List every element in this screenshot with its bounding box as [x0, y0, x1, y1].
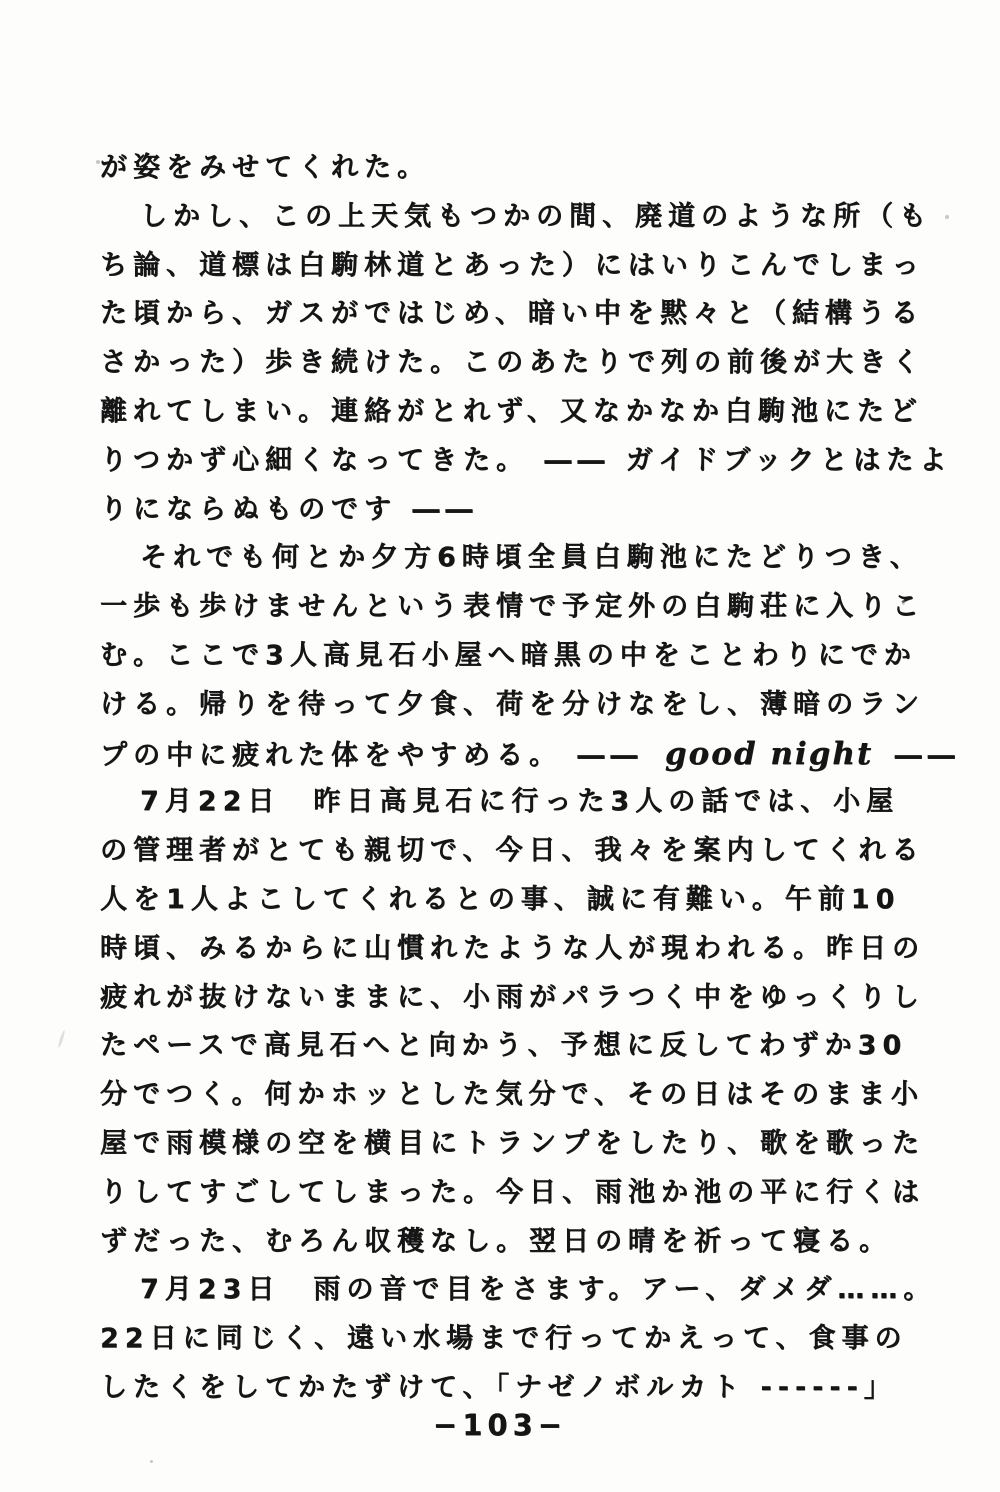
scan-speck	[945, 215, 949, 219]
text-line: た頃から、ガスがではじめ、暗い中を黙々と（結構うる	[100, 290, 930, 339]
scan-smudge	[57, 1030, 65, 1048]
text-line: しかし、この上天気もつかの間、廃道のような所（も	[100, 193, 930, 242]
text-line: の管理者がとても親切で、今日、我々を案内してくれる	[100, 827, 930, 876]
text-line: 7月22日 昨日高見石に行った3人の話では、小屋	[100, 778, 930, 827]
text-line: 7月23日 雨の音で目をさます。アー、ダメダ……。	[100, 1266, 930, 1315]
text-line: さかった）歩き続けた。このあたりで列の前後が大きく	[100, 339, 930, 388]
text-line: ずだった、むろん収穫なし。翌日の晴を祈って寝る。	[100, 1218, 930, 1267]
goodnight-before: プの中に疲れた体をやすめる。 ――	[100, 740, 643, 771]
text-line: 一歩も歩けませんという表情で予定外の白駒荘に入りこ	[100, 583, 930, 632]
text-line: 22日に同じく、遠い水場まで行ってかえって、食事の	[100, 1315, 930, 1364]
scan-speck	[150, 1460, 153, 1463]
text-line: ける。帰りを待って夕食、荷を分けなをし、薄暗のラン	[100, 681, 930, 730]
text-line: 離れてしまい。連絡がとれず、又なかなか白駒池にたど	[100, 388, 930, 437]
goodnight-english-script: good night	[659, 736, 879, 772]
scanned-page: が姿をみせてくれた。 しかし、この上天気もつかの間、廃道のような所（も ち論、道…	[0, 0, 1000, 1492]
text-line: ち論、道標は白駒林道とあった）にはいりこんでしまっ	[100, 242, 930, 291]
text-line: したくをしてかたずけて、「ナゼノボルカト ------」	[100, 1364, 930, 1413]
text-line: が姿をみせてくれた。	[100, 144, 930, 193]
text-line: たペースで高見石へと向かう、予想に反してわずか30	[100, 1022, 930, 1071]
page-number: −103−	[0, 1408, 1000, 1442]
text-block: が姿をみせてくれた。 しかし、この上天気もつかの間、廃道のような所（も ち論、道…	[100, 144, 930, 1413]
text-line: りつかず心細くなってきた。 ―― ガイドブックとはたよ	[100, 437, 930, 486]
text-line: 分でつく。何かホッとした気分で、その日はそのまま小	[100, 1071, 930, 1120]
text-line: 人を1人よこしてくれるとの事、誠に有難い。午前10	[100, 876, 930, 925]
text-line: 疲れが抜けないままに、小雨がパラつく中をゆっくりし	[100, 974, 930, 1023]
text-line-goodnight: プの中に疲れた体をやすめる。 ―― good night ――	[100, 730, 930, 779]
goodnight-after: ――	[895, 740, 961, 771]
text-line: 時頃、みるからに山慣れたような人が現われる。昨日の	[100, 925, 930, 974]
scan-speck	[902, 600, 905, 605]
text-line: りしてすごしてしまった。今日、雨池か池の平に行くは	[100, 1169, 930, 1218]
text-line: それでも何とか夕方6時頃全員白駒池にたどりつき、	[100, 534, 930, 583]
text-line: りにならぬものです ――	[100, 486, 930, 535]
text-line: 屋で雨模様の空を横目にトランプをしたり、歌を歌った	[100, 1120, 930, 1169]
scan-speck	[96, 160, 100, 164]
text-line: む。ここで3人高見石小屋へ暗黒の中をことわりにでか	[100, 632, 930, 681]
